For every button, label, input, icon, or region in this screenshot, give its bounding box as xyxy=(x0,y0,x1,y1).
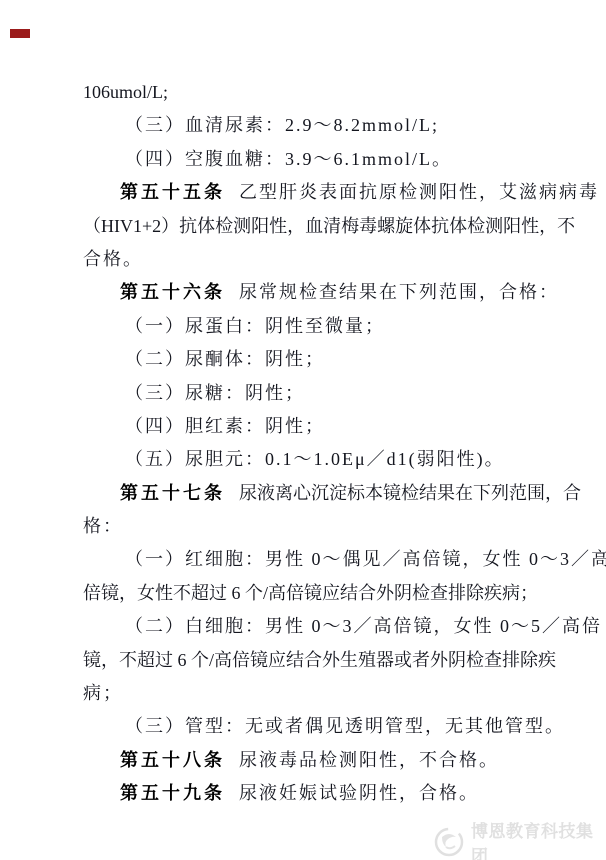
clause-number: 第五十五条 xyxy=(120,182,225,202)
boen-logo-icon xyxy=(432,825,466,859)
doc-line: （三）尿糖：阴性； xyxy=(83,377,563,410)
line-text: 格： xyxy=(83,516,123,536)
doc-line: （二）白细胞：男性 0～3／高倍镜，女性 0～5／高倍 xyxy=(83,610,563,643)
line-text: 镜，不超过 6 个/高倍镜应结合外生殖器或者外阴检查排除疾 xyxy=(83,650,556,670)
doc-line: （HIV1+2）抗体检测阳性，血清梅毒螺旋体抗体检测阳性，不 xyxy=(83,210,563,243)
line-text: （三）管型：无或者偶见透明管型，无其他管型。 xyxy=(125,716,565,736)
doc-line: 病； xyxy=(83,677,563,710)
doc-line-clause: 第五十九条尿液妊娠试验阴性，合格。 xyxy=(83,777,563,810)
doc-line: （一）红细胞：男性 0～偶见／高倍镜，女性 0～3／高 xyxy=(83,543,563,576)
watermark: 博恩教育科技集团 xyxy=(432,817,606,860)
line-text: （四）空腹血糖：3.9～6.1mmol/L。 xyxy=(125,149,452,169)
doc-line: （四）胆红素：阴性； xyxy=(83,410,563,443)
doc-line: （二）尿酮体：阴性； xyxy=(83,343,563,376)
clause-number: 第五十七条 xyxy=(120,483,225,503)
line-text: 106umol/L; xyxy=(83,82,168,102)
line-text: 乙型肝炎表面抗原检测阳性，艾滋病病毒 xyxy=(239,182,599,202)
doc-line: （三）管型：无或者偶见透明管型，无其他管型。 xyxy=(83,710,563,743)
doc-line-clause: 第五十八条尿液毒品检测阳性，不合格。 xyxy=(83,744,563,777)
doc-line-clause: 第五十六条尿常规检查结果在下列范围，合格： xyxy=(83,276,563,309)
line-text: （四）胆红素：阴性； xyxy=(125,416,325,436)
line-text: 尿液离心沉淀标本镜检结果在下列范围，合 xyxy=(239,483,581,503)
doc-line: （三）血清尿素：2.9～8.2mmol/L; xyxy=(83,109,563,142)
clause-number: 第五十六条 xyxy=(120,282,225,302)
line-text: 尿液妊娠试验阴性，合格。 xyxy=(239,783,479,803)
doc-line: （四）空腹血糖：3.9～6.1mmol/L。 xyxy=(83,143,563,176)
line-text: （二）白细胞：男性 0～3／高倍镜，女性 0～5／高倍 xyxy=(125,616,602,636)
line-text: 病； xyxy=(83,683,123,703)
doc-line: 镜，不超过 6 个/高倍镜应结合外生殖器或者外阴检查排除疾 xyxy=(83,644,563,677)
line-text: （一）尿蛋白：阴性至微量； xyxy=(125,316,385,336)
line-text: 合格。 xyxy=(83,249,143,269)
document-page: 106umol/L; （三）血清尿素：2.9～8.2mmol/L; （四）空腹血… xyxy=(0,0,606,860)
doc-line: 合格。 xyxy=(83,243,563,276)
doc-line: 倍镜，女性不超过 6 个/高倍镜应结合外阴检查排除疾病； xyxy=(83,577,563,610)
doc-line: （五）尿胆元：0.1～1.0Eμ／d1(弱阳性)。 xyxy=(83,443,563,476)
line-text: 尿液毒品检测阳性，不合格。 xyxy=(239,750,499,770)
doc-line: 106umol/L; xyxy=(83,76,563,109)
watermark-text: 博恩教育科技集团 xyxy=(471,817,606,860)
line-text: （三）尿糖：阴性； xyxy=(125,383,305,403)
line-text: （二）尿酮体：阴性； xyxy=(125,349,325,369)
clause-number: 第五十八条 xyxy=(120,750,225,770)
doc-line: 格： xyxy=(83,510,563,543)
line-text: （三）血清尿素：2.9～8.2mmol/L; xyxy=(125,115,439,135)
doc-line-clause: 第五十五条乙型肝炎表面抗原检测阳性，艾滋病病毒 xyxy=(83,176,563,209)
line-text: （五）尿胆元：0.1～1.0Eμ／d1(弱阳性)。 xyxy=(125,449,505,469)
line-text: （一）红细胞：男性 0～偶见／高倍镜，女性 0～3／高 xyxy=(125,549,606,569)
clause-number: 第五十九条 xyxy=(120,783,225,803)
line-text: （HIV1+2）抗体检测阳性，血清梅毒螺旋体抗体检测阳性，不 xyxy=(83,216,575,236)
red-page-marker xyxy=(10,29,30,38)
line-text: 倍镜，女性不超过 6 个/高倍镜应结合外阴检查排除疾病； xyxy=(83,583,538,603)
doc-line-clause: 第五十七条尿液离心沉淀标本镜检结果在下列范围，合 xyxy=(83,477,563,510)
doc-line: （一）尿蛋白：阴性至微量； xyxy=(83,310,563,343)
line-text: 尿常规检查结果在下列范围，合格： xyxy=(239,282,559,302)
document-body: 106umol/L; （三）血清尿素：2.9～8.2mmol/L; （四）空腹血… xyxy=(83,76,563,811)
